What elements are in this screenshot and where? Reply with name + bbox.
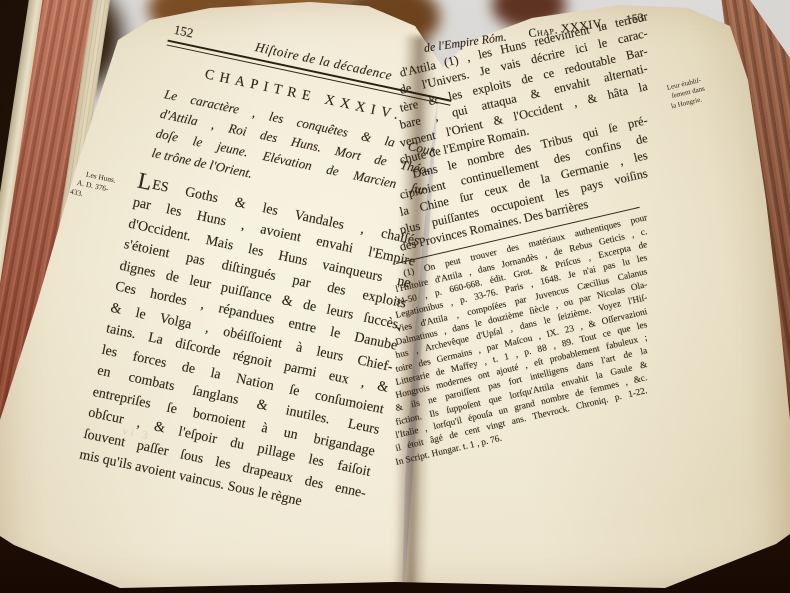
right-page-text: de l'Empire Róm. Chap. XXXIV. 153 d'Atti… [396, 40, 654, 470]
footnote-text: (1) On peut trouver des matériaux authen… [396, 270, 654, 469]
book-photo: 152 Hiſtoire de la décadence CHAPITRE XX… [0, 0, 790, 593]
left-body-text: Les Huns. A. D. 376- 433. LES Goths & le… [77, 168, 422, 525]
